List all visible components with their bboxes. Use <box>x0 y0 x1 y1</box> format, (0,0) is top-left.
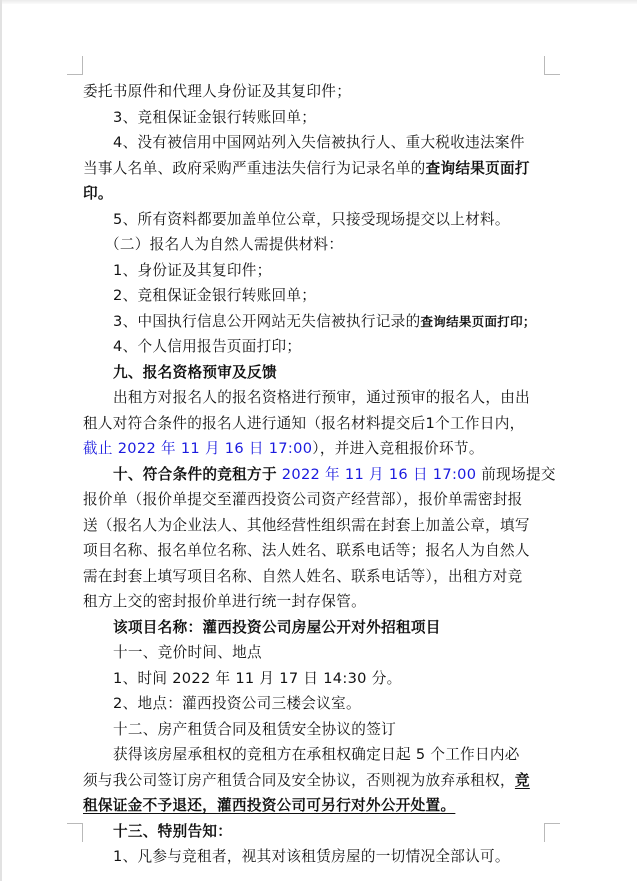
paragraph-line: 租人对符合条件的报名人进行通知（报名材料提交后1个工作日内， <box>83 411 548 437</box>
paragraph-line: 获得该房屋承租权的竞租方在承租权确定日起 5 个工作日内必 <box>83 742 548 768</box>
list-item: 2、竞租保证金银行转账回单； <box>83 283 548 309</box>
paragraph-line: 截止 2022 年 11 月 16 日 17:00），并进入竞租报价环节。 <box>83 436 548 462</box>
list-item: 5、所有资料都要加盖单位公章，只接受现场提交以上材料。 <box>83 207 548 233</box>
section-heading: 十二、房产租赁合同及租赁安全协议的签订 <box>83 717 548 743</box>
bold-text-run: 查询结果页面打 <box>426 160 530 177</box>
margin-corner-top-left <box>67 56 83 75</box>
list-item: 4、个人信用报告页面打印； <box>83 334 548 360</box>
list-item: 1、时间 2022 年 11 月 17 日 14:30 分。 <box>83 666 548 692</box>
document-body[interactable]: 委托书原件和代理人身份证及其复印件； 3、竞租保证金银行转账回单； 4、没有被信… <box>83 79 548 870</box>
margin-corner-bottom-left <box>67 823 83 842</box>
margin-corner-top-right <box>544 56 560 75</box>
text-run: 3、中国执行信息公开网站无失信被执行记录的 <box>113 313 420 330</box>
underlined-bold-text-run: 租保证金不予退还，灌西投资公司可另行对外公开处置。 <box>83 793 548 819</box>
list-item: 3、竞租保证金银行转账回单； <box>83 105 548 131</box>
paragraph-line: 出租方对报名人的报名资格进行预审，通过预审的报名人，由出 <box>83 385 548 411</box>
project-name-heading: 该项目名称：灌西投资公司房屋公开对外招租项目 <box>83 615 548 641</box>
section-heading: 九、报名资格预审及反馈 <box>83 360 548 386</box>
paragraph-line: 委托书原件和代理人身份证及其复印件； <box>83 79 548 105</box>
paragraph-line: 租方上交的密封报价单进行统一封存保管。 <box>83 589 548 615</box>
paragraph-line: 报价单（报价单提交至灌西投资公司资产经营部），报价单需密封报 <box>83 487 548 513</box>
underlined-bold-text-run: 竞 <box>515 772 530 789</box>
text-run: ），并进入竞租报价环节。 <box>312 440 483 457</box>
bold-text-run: 印。 <box>83 181 548 207</box>
section-heading: 十、符合条件的竞租方于 2022 年 11 月 16 日 17:00 前现场提交 <box>83 462 548 488</box>
paragraph-line: 送（报名人为企业法人、其他经营性组织需在封套上加盖公章，填写 <box>83 513 548 539</box>
document-page: 委托书原件和代理人身份证及其复印件； 3、竞租保证金银行转账回单； 4、没有被信… <box>2 4 637 881</box>
deadline-date-text: 2022 年 11 月 16 日 17:00 <box>277 466 481 483</box>
paragraph-line: 当事人名单、政府采购严重违法失信行为记录名单的查询结果页面打 <box>83 156 548 182</box>
section-subheading: （二）报名人为自然人需提供材料： <box>83 232 548 258</box>
text-run: 须与我公司签订房产租赁合同及安全协议，否则视为放弃承租权， <box>83 772 515 789</box>
list-item: 1、身份证及其复印件； <box>83 258 548 284</box>
section-heading: 十三、特别告知： <box>83 819 548 845</box>
section-heading: 十一、竞价时间、地点 <box>83 640 548 666</box>
bold-text-run: 查询结果页面打印； <box>420 314 535 329</box>
deadline-date-text: 截止 2022 年 11 月 16 日 17:00 <box>83 440 312 457</box>
paragraph-line: 需在封套上填写项目名称、自然人姓名、联系电话等），出租方对竞 <box>83 564 548 590</box>
bold-text-run: 十、符合条件的竞租方于 <box>113 466 277 483</box>
paragraph-line: 须与我公司签订房产租赁合同及安全协议，否则视为放弃承租权，竞 <box>83 768 548 794</box>
list-item: 2、地点：灌西投资公司三楼会议室。 <box>83 691 548 717</box>
text-run: 当事人名单、政府采购严重违法失信行为记录名单的 <box>83 160 426 177</box>
list-item: 1、凡参与竞租者，视其对该租赁房屋的一切情况全部认可。 <box>83 844 548 870</box>
paragraph-line: 项目名称、报名单位名称、法人姓名、联系电话等；报名人为自然人 <box>83 538 548 564</box>
list-item: 4、没有被信用中国网站列入失信被执行人、重大税收违法案件 <box>83 130 548 156</box>
list-item: 3、中国执行信息公开网站无失信被执行记录的查询结果页面打印； <box>83 309 548 335</box>
text-run: 前现场提交 <box>481 466 555 483</box>
